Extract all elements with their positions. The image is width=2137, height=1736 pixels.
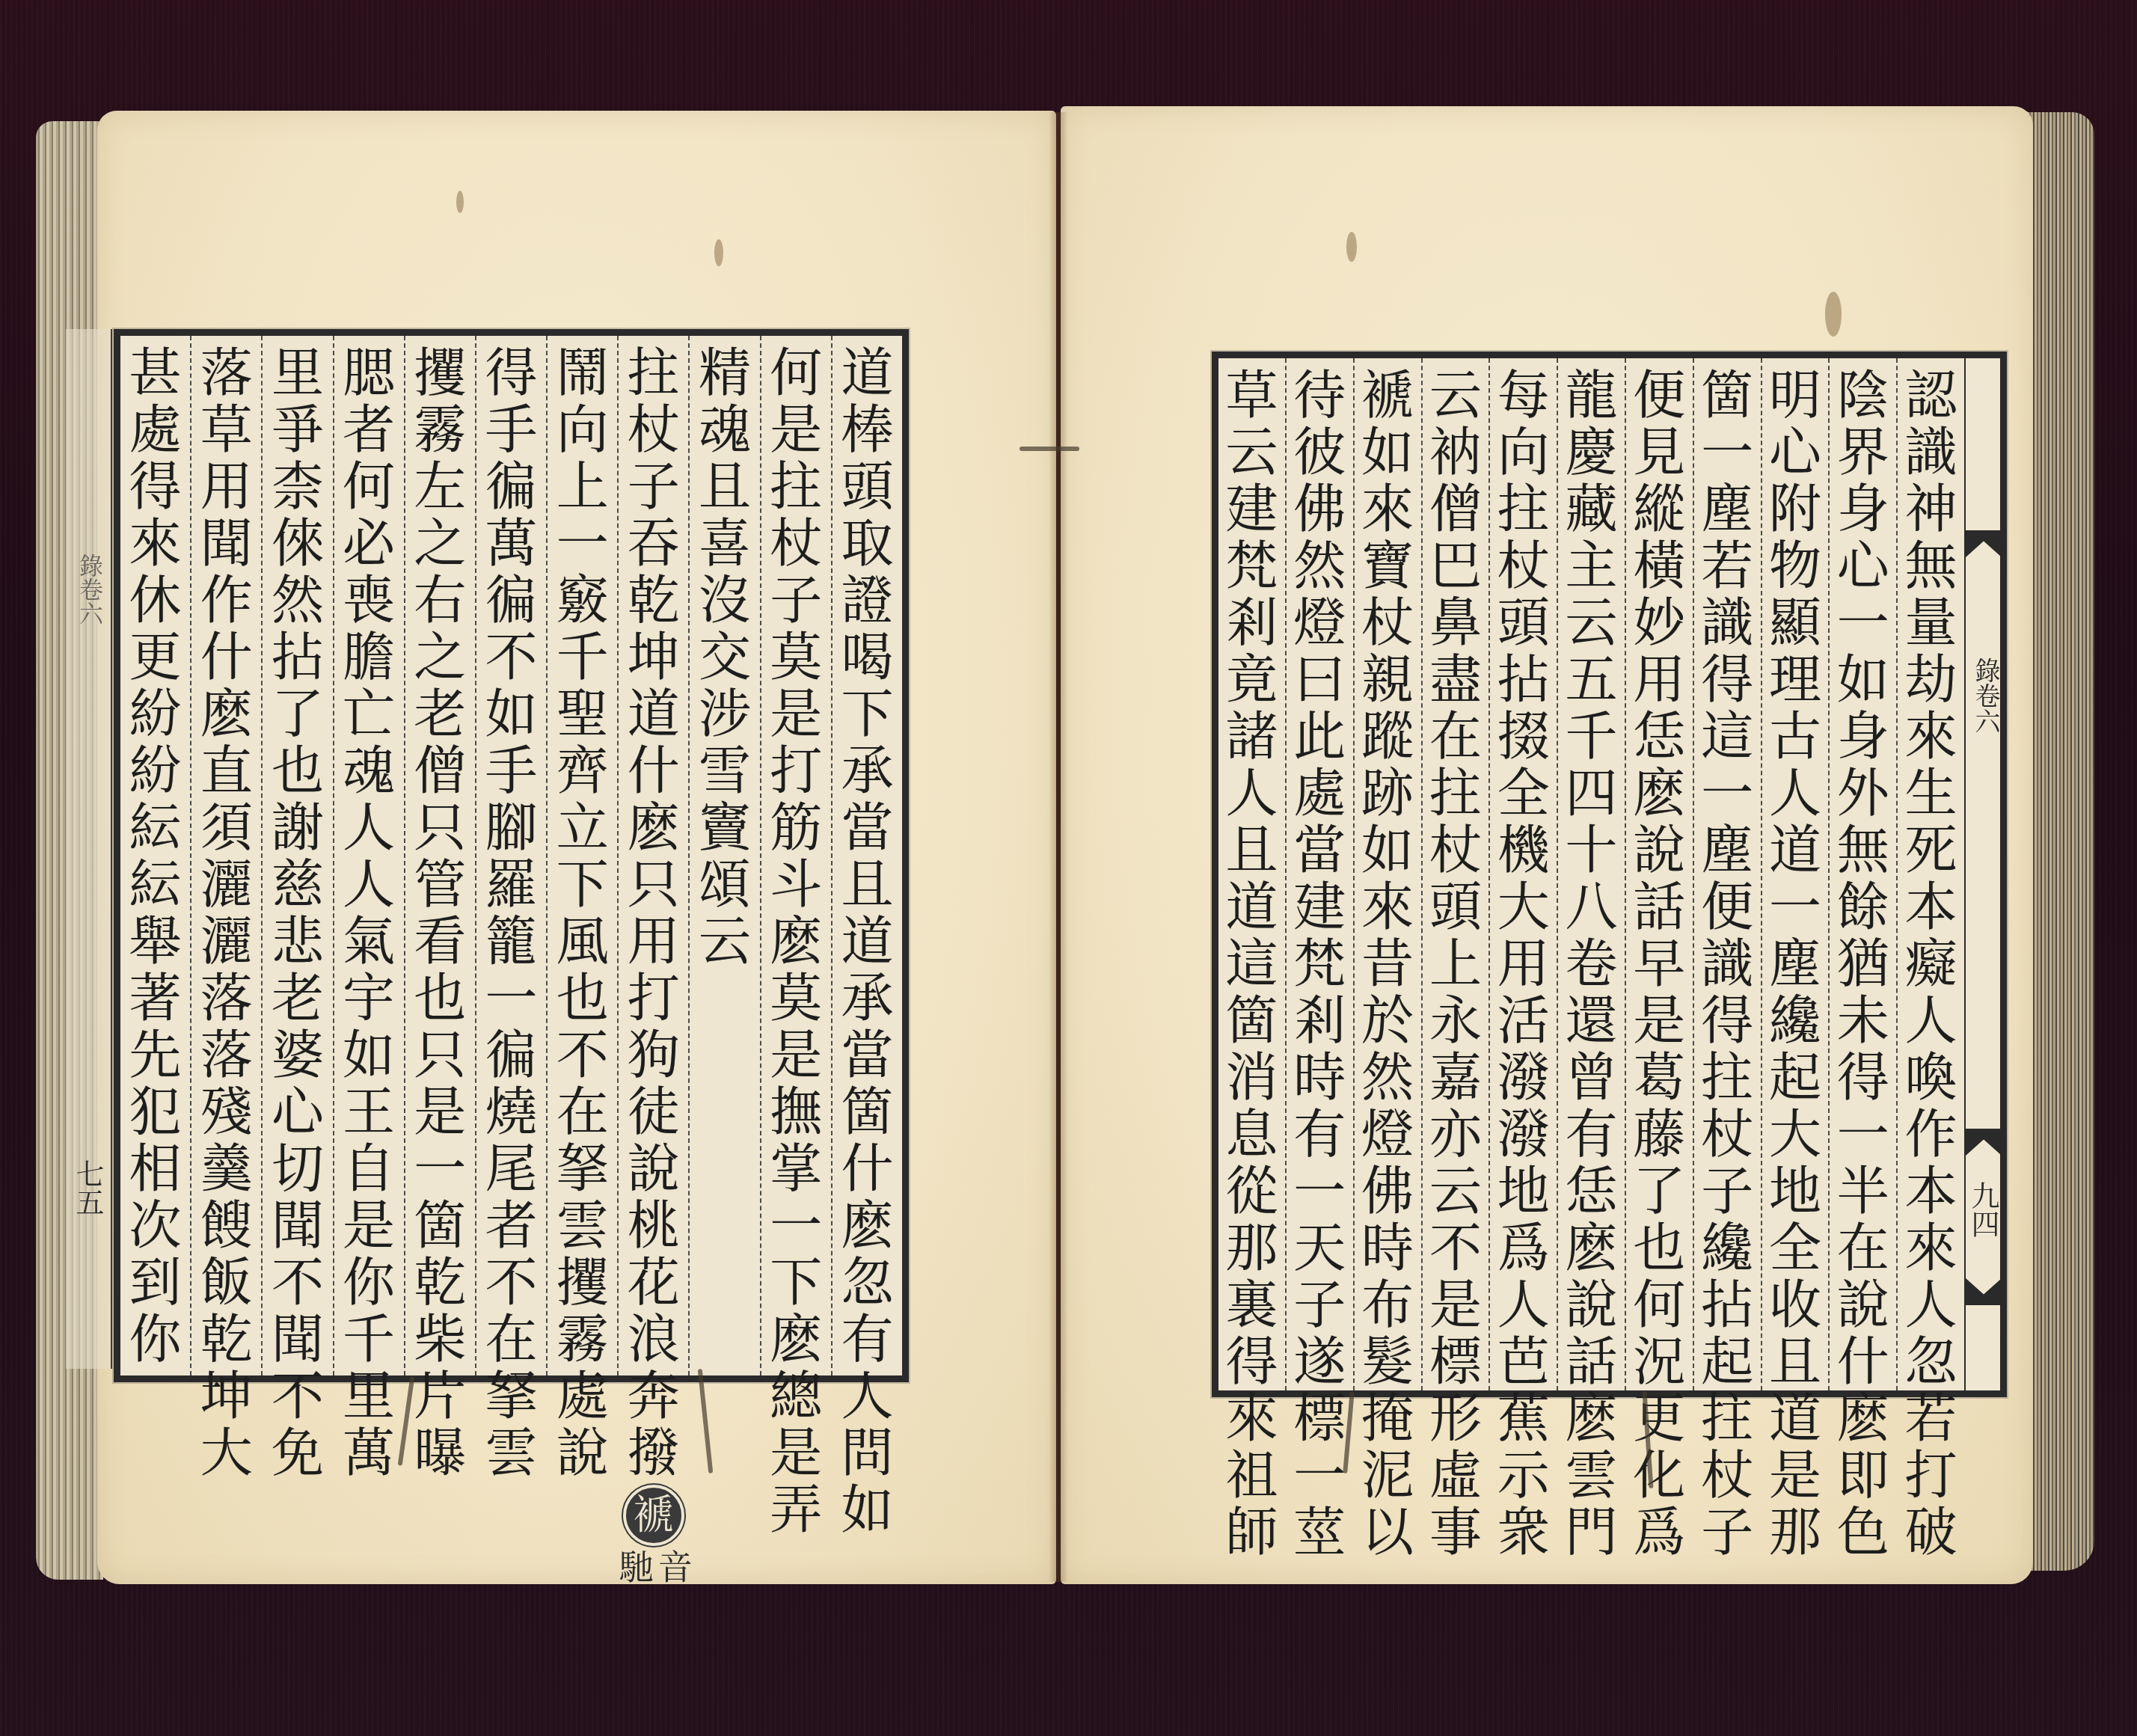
character: 說: [1837, 1277, 1889, 1334]
character: 云: [1225, 424, 1278, 481]
character: 竅: [557, 572, 609, 629]
character: 葛: [1633, 1049, 1685, 1106]
character: 亦: [1429, 1106, 1482, 1163]
character: 腳: [485, 800, 537, 856]
character: 識: [1701, 595, 1753, 651]
character: 是: [1769, 1447, 1821, 1504]
character: 妙: [1633, 595, 1685, 651]
character: 物: [1769, 538, 1821, 595]
character: 箇: [1225, 993, 1278, 1049]
character: 徧: [485, 1027, 537, 1084]
character: 徧: [485, 572, 537, 629]
character: 喝: [841, 629, 893, 686]
character: 者: [485, 1197, 537, 1254]
character: 來: [1225, 1390, 1278, 1447]
character: 拈: [272, 629, 324, 686]
character: 未: [1837, 993, 1889, 1049]
character: 門: [1566, 1504, 1618, 1561]
character: 人: [1905, 993, 1957, 1049]
character: 心: [1837, 538, 1889, 595]
character: 十: [1566, 822, 1618, 879]
character: 這: [1701, 708, 1753, 765]
character: 有: [1566, 1106, 1618, 1163]
character: 撥: [628, 1425, 680, 1482]
character: 乾: [200, 1311, 253, 1368]
character: 事: [1429, 1504, 1482, 1561]
character: 更: [1633, 1390, 1685, 1447]
character: 杖: [1361, 595, 1414, 651]
character: 來: [1905, 708, 1957, 765]
character: 附: [1769, 481, 1821, 538]
character: 棒: [841, 402, 893, 458]
character: 不: [485, 1254, 537, 1311]
character: 莫: [770, 629, 822, 686]
character: 切: [272, 1141, 324, 1197]
character: 者: [343, 402, 395, 458]
character: 柰: [272, 458, 324, 515]
character: 一: [1837, 1106, 1889, 1163]
character: 拄: [1429, 765, 1482, 822]
character: 髮: [1361, 1334, 1414, 1390]
character: 曝: [414, 1425, 466, 1482]
character: 龍: [1566, 367, 1618, 424]
character: 風: [557, 913, 609, 970]
character: 慈: [272, 856, 324, 913]
character: 攫: [414, 345, 466, 402]
character: 理: [1769, 651, 1821, 708]
character: 聞: [200, 515, 253, 572]
character: 攫: [557, 1254, 609, 1311]
character: 來: [129, 515, 182, 572]
character: 剎: [1225, 595, 1278, 651]
character: 說: [557, 1425, 609, 1482]
character: 尾: [485, 1141, 537, 1197]
character: 處: [129, 402, 182, 458]
gutter-thread: [1020, 447, 1079, 451]
right-text-column: 云衲僧巴鼻盡在拄杖頭上永嘉亦云不是標形虛事: [1421, 358, 1489, 1390]
character: 藏: [1566, 481, 1618, 538]
character: 況: [1633, 1334, 1685, 1390]
character: 五: [1566, 651, 1618, 708]
character: 柴: [414, 1311, 466, 1368]
character: 話: [1633, 879, 1685, 936]
character: 頌: [699, 856, 751, 913]
character: 子: [770, 572, 822, 629]
character: 子: [1701, 1163, 1753, 1220]
character: 當: [841, 1027, 893, 1084]
character: 草: [1225, 367, 1278, 424]
character: 一: [1769, 879, 1821, 936]
character: 僧: [1429, 481, 1482, 538]
character: 大: [200, 1425, 253, 1482]
character: 當: [841, 800, 893, 856]
character: 得: [1701, 993, 1753, 1049]
character: 了: [1633, 1163, 1685, 1220]
character: 起: [1769, 1049, 1821, 1106]
character: 褫: [1361, 367, 1414, 424]
character: 建: [1225, 481, 1278, 538]
character: 在: [1429, 708, 1482, 765]
pronunciation-gloss: 音馳: [615, 1549, 693, 1583]
character: 外: [1837, 765, 1889, 822]
character: 人: [1225, 765, 1278, 822]
left-text-column: 鬧向上一竅千聖齊立下風也不在拏雲攫霧處說: [546, 336, 617, 1375]
character: 徧: [485, 458, 537, 515]
character: 一: [1701, 765, 1753, 822]
character: 麽: [1566, 1390, 1618, 1447]
character: 涉: [699, 686, 751, 743]
character: 鼻: [1429, 595, 1482, 651]
character: 得: [485, 345, 537, 402]
character: 作: [200, 572, 253, 629]
character: 拄: [770, 458, 822, 515]
character: 雪: [699, 743, 751, 800]
character: 即: [1837, 1447, 1889, 1504]
right-text-column: 褫如來寶杖親蹤跡如來昔於然燈佛時布髮掩泥以: [1353, 358, 1421, 1390]
character: 麽: [1633, 765, 1685, 822]
character: 用: [200, 458, 253, 515]
character: 那: [1225, 1220, 1278, 1277]
character: 承: [841, 743, 893, 800]
character: 拈: [1701, 1277, 1753, 1334]
character: 橫: [1633, 538, 1685, 595]
character: 一: [414, 1141, 466, 1197]
character: 生: [1905, 765, 1957, 822]
character: 然: [272, 572, 324, 629]
character: 話: [1566, 1334, 1618, 1390]
character: 犯: [129, 1084, 182, 1141]
character: 云: [1429, 367, 1482, 424]
character: 建: [1293, 879, 1346, 936]
character: 天: [1293, 1220, 1346, 1277]
character: 有: [841, 1311, 893, 1368]
character: 燈: [1361, 1106, 1414, 1163]
character: 衆: [1497, 1504, 1550, 1561]
right-text-column: 草云建梵剎竟諸人且道這箇消息從那裏得來祖師: [1218, 358, 1285, 1390]
character: 人: [343, 856, 395, 913]
character: 一: [1293, 1447, 1346, 1504]
character: 恁: [1566, 1163, 1618, 1220]
character: 遂: [1293, 1334, 1346, 1390]
character: 休: [129, 572, 182, 629]
character: 更: [129, 629, 182, 686]
character: 拄: [1701, 1390, 1753, 1447]
left-columns: 道棒頭取證喝下承當且道承當箇什麽忽有人問如何是拄杖子莫是打筋斗麽莫是撫掌一下麽總…: [120, 336, 902, 1375]
character: 坤: [200, 1368, 253, 1425]
character: 麽: [841, 1197, 893, 1254]
character: 癡: [1905, 936, 1957, 993]
character: 纔: [1769, 993, 1821, 1049]
character: 曾: [1566, 1049, 1618, 1106]
character: 待: [1293, 367, 1346, 424]
character: 竟: [1225, 651, 1278, 708]
character: 示: [1497, 1447, 1550, 1504]
character: 本: [1905, 879, 1957, 936]
character: 昔: [1361, 936, 1414, 993]
right-text-column: 龍慶藏主云五千四十八卷還曾有恁麽說話麽雲門: [1557, 358, 1625, 1390]
character: 得: [1837, 1049, 1889, 1106]
character: 羅: [485, 856, 537, 913]
character: 一: [1701, 424, 1753, 481]
character: 剎: [1293, 993, 1346, 1049]
character: 莫: [770, 970, 822, 1027]
character: 若: [1905, 1390, 1957, 1447]
character: 處: [1293, 765, 1346, 822]
character: 是: [770, 686, 822, 743]
character: 徒: [628, 1084, 680, 1141]
character: 奔: [628, 1368, 680, 1425]
left-text-column: 落草用聞作什麽直須灑灑落落殘羹餿飯乾坤大: [190, 336, 261, 1375]
character: 是: [770, 1027, 822, 1084]
character: 活: [1497, 993, 1550, 1049]
character: 掇: [1497, 708, 1550, 765]
character: 打: [1905, 1447, 1957, 1504]
character: 落: [200, 345, 253, 402]
character: 麽: [628, 800, 680, 856]
character: 云: [1429, 1163, 1482, 1220]
character: 只: [628, 856, 680, 913]
character: 四: [1566, 765, 1618, 822]
character: 你: [343, 1254, 395, 1311]
character: 聞: [272, 1311, 324, 1368]
character: 舉: [129, 913, 182, 970]
character: 雲: [1566, 1447, 1618, 1504]
left-text-column: 得手徧萬徧不如手腳羅籠一徧燒尾者不在拏雲: [475, 336, 546, 1375]
character: 紛: [129, 686, 182, 743]
character: 顯: [1769, 595, 1821, 651]
character: 僧: [414, 743, 466, 800]
character: 恁: [1633, 708, 1685, 765]
character: 作: [1905, 1106, 1957, 1163]
character: 裏: [1225, 1277, 1278, 1334]
character: 之: [414, 629, 466, 686]
character: 機: [1497, 822, 1550, 879]
character: 然: [1361, 1049, 1414, 1106]
character: 來: [1361, 879, 1414, 936]
character: 是: [1429, 1277, 1482, 1334]
right-heart-title: 錄卷六: [1969, 657, 1999, 734]
character: 了: [272, 686, 324, 743]
character: 片: [414, 1368, 466, 1425]
character: 王: [343, 1084, 395, 1141]
character: 地: [1497, 1163, 1550, 1220]
character: 此: [1293, 708, 1346, 765]
character: 只: [414, 800, 466, 856]
character: 主: [1566, 538, 1618, 595]
character: 乾: [628, 572, 680, 629]
character: 是: [414, 1084, 466, 1141]
character: 花: [628, 1254, 680, 1311]
character: 見: [1633, 424, 1685, 481]
character: 曰: [1293, 651, 1346, 708]
character: 梵: [1293, 936, 1346, 993]
character: 破: [1905, 1504, 1957, 1561]
character: 什: [628, 743, 680, 800]
character: 亡: [343, 686, 395, 743]
character: 先: [129, 1027, 182, 1084]
character: 早: [1633, 936, 1685, 993]
character: 潑: [1497, 1049, 1550, 1106]
character: 來: [1361, 481, 1414, 538]
character: 明: [1769, 367, 1821, 424]
character: 量: [1905, 595, 1957, 651]
character: 道: [1225, 879, 1278, 936]
character: 飯: [200, 1254, 253, 1311]
character: 喪: [343, 572, 395, 629]
character: 親: [1361, 651, 1414, 708]
character: 道: [841, 913, 893, 970]
character: 子: [1293, 1277, 1346, 1334]
character: 標: [1293, 1390, 1346, 1447]
character: 杖: [1701, 1106, 1753, 1163]
right-text-column: 箇一塵若識得這一塵便識得拄杖子纔拈起拄杖子: [1693, 358, 1761, 1390]
character: 佛: [1293, 481, 1346, 538]
character: 不: [1429, 1220, 1482, 1277]
character: 何: [343, 458, 395, 515]
character: 蹤: [1361, 708, 1414, 765]
character: 古: [1769, 708, 1821, 765]
character: 精: [699, 345, 751, 402]
character: 一: [557, 515, 609, 572]
circled-annotation-char: 褫: [623, 1485, 684, 1546]
fishtail-ornament-icon: [1966, 530, 2002, 557]
character: 如: [841, 1482, 893, 1539]
right-text-column: 待彼佛然燈曰此處當建梵剎時有一天子遂標一莖: [1285, 358, 1353, 1390]
character: 拄: [628, 345, 680, 402]
character: 說: [628, 1141, 680, 1197]
character: 右: [414, 572, 466, 629]
character: 便: [1633, 367, 1685, 424]
character: 塵: [1701, 481, 1753, 538]
character: 落: [200, 970, 253, 1027]
character: 千: [343, 1311, 395, 1368]
character: 餿: [200, 1197, 253, 1254]
character: 甚: [129, 345, 182, 402]
character: 自: [343, 1141, 395, 1197]
character: 神: [1905, 481, 1957, 538]
character: 拏: [557, 1141, 609, 1197]
character: 泥: [1361, 1447, 1414, 1504]
character: 虛: [1429, 1447, 1482, 1504]
character: 如: [1361, 424, 1414, 481]
character: 紜: [129, 800, 182, 856]
character: 之: [414, 515, 466, 572]
character: 陰: [1837, 367, 1889, 424]
left-text-column: 里爭柰倈然拈了也謝慈悲老婆心切聞不聞不免: [261, 336, 332, 1375]
character: 箇: [414, 1197, 466, 1254]
character: 半: [1837, 1163, 1889, 1220]
character: 你: [129, 1311, 182, 1368]
character: 免: [272, 1425, 324, 1482]
character: 道: [628, 686, 680, 743]
character: 也: [272, 743, 324, 800]
character: 莖: [1293, 1504, 1346, 1561]
left-text-column: 何是拄杖子莫是打筋斗麽莫是撫掌一下麽總是弄: [760, 336, 831, 1375]
character: 必: [343, 515, 395, 572]
character: 是: [343, 1197, 395, 1254]
character: 時: [1293, 1049, 1346, 1106]
character: 落: [200, 1027, 253, 1084]
character: 每: [1497, 367, 1550, 424]
character: 魂: [343, 743, 395, 800]
right-columns: 錄卷六 九四 認識神無量劫來生死本癡人喚作本來人忽若打破陰界身心一如身外無餘猶未…: [1218, 358, 2000, 1390]
character: 斗: [770, 856, 822, 913]
character: 忽: [841, 1254, 893, 1311]
character: 殘: [200, 1084, 253, 1141]
character: 里: [272, 345, 324, 402]
character: 坤: [628, 629, 680, 686]
left-folio-number: 七五: [73, 1159, 103, 1216]
character: 何: [770, 345, 822, 402]
character: 下: [557, 856, 609, 913]
character: 在: [557, 1084, 609, 1141]
character: 梵: [1225, 538, 1278, 595]
right-block-heart: 錄卷六 九四: [1964, 358, 2000, 1390]
character: 倈: [272, 515, 324, 572]
character: 用: [1497, 936, 1550, 993]
character: 本: [1905, 1163, 1957, 1220]
character: 杖: [770, 515, 822, 572]
character: 什: [1837, 1334, 1889, 1390]
character: 直: [200, 743, 253, 800]
character: 手: [485, 402, 537, 458]
character: 彼: [1293, 424, 1346, 481]
character: 布: [1361, 1277, 1414, 1334]
right-text-column: 認識神無量劫來生死本癡人喚作本來人忽若打破: [1896, 358, 1964, 1390]
character: 問: [841, 1425, 893, 1482]
character: 佛: [1361, 1163, 1414, 1220]
right-folio-number: 九四: [1969, 1181, 1999, 1238]
character: 息: [1225, 1106, 1278, 1163]
character: 心: [1769, 424, 1821, 481]
character: 何: [1633, 1277, 1685, 1334]
character: 塵: [1769, 936, 1821, 993]
character: 管: [414, 856, 466, 913]
character: 認: [1905, 367, 1957, 424]
character: 掌: [770, 1141, 822, 1197]
character: 識: [1701, 936, 1753, 993]
character: 全: [1769, 1220, 1821, 1277]
character: 麽: [200, 686, 253, 743]
character: 里: [343, 1368, 395, 1425]
character: 云: [699, 913, 751, 970]
character: 無: [1837, 822, 1889, 879]
character: 用: [628, 913, 680, 970]
character: 得: [129, 458, 182, 515]
character: 爲: [1633, 1504, 1685, 1561]
character: 打: [770, 743, 822, 800]
character: 若: [1701, 538, 1753, 595]
character: 標: [1429, 1334, 1482, 1390]
character: 人: [1769, 765, 1821, 822]
character: 塵: [1701, 822, 1753, 879]
character: 麽: [770, 1311, 822, 1368]
character: 蕉: [1497, 1390, 1550, 1447]
fishtail-ornament-icon: [1966, 1278, 2002, 1305]
character: 上: [1429, 936, 1482, 993]
character: 不: [272, 1368, 324, 1425]
character: 不: [485, 629, 537, 686]
character: 筋: [770, 800, 822, 856]
character: 婆: [272, 1027, 324, 1084]
book-photograph: 錄卷六 七五 道棒頭取證喝下承當且道承當箇什麽忽有人問如何是拄杖子莫是打筋斗麽莫…: [0, 0, 2137, 1736]
character: 喜: [699, 515, 751, 572]
character: 灑: [200, 856, 253, 913]
character: 地: [1769, 1163, 1821, 1220]
character: 子: [1701, 1504, 1753, 1561]
character: 無: [1905, 538, 1957, 595]
character: 向: [557, 402, 609, 458]
